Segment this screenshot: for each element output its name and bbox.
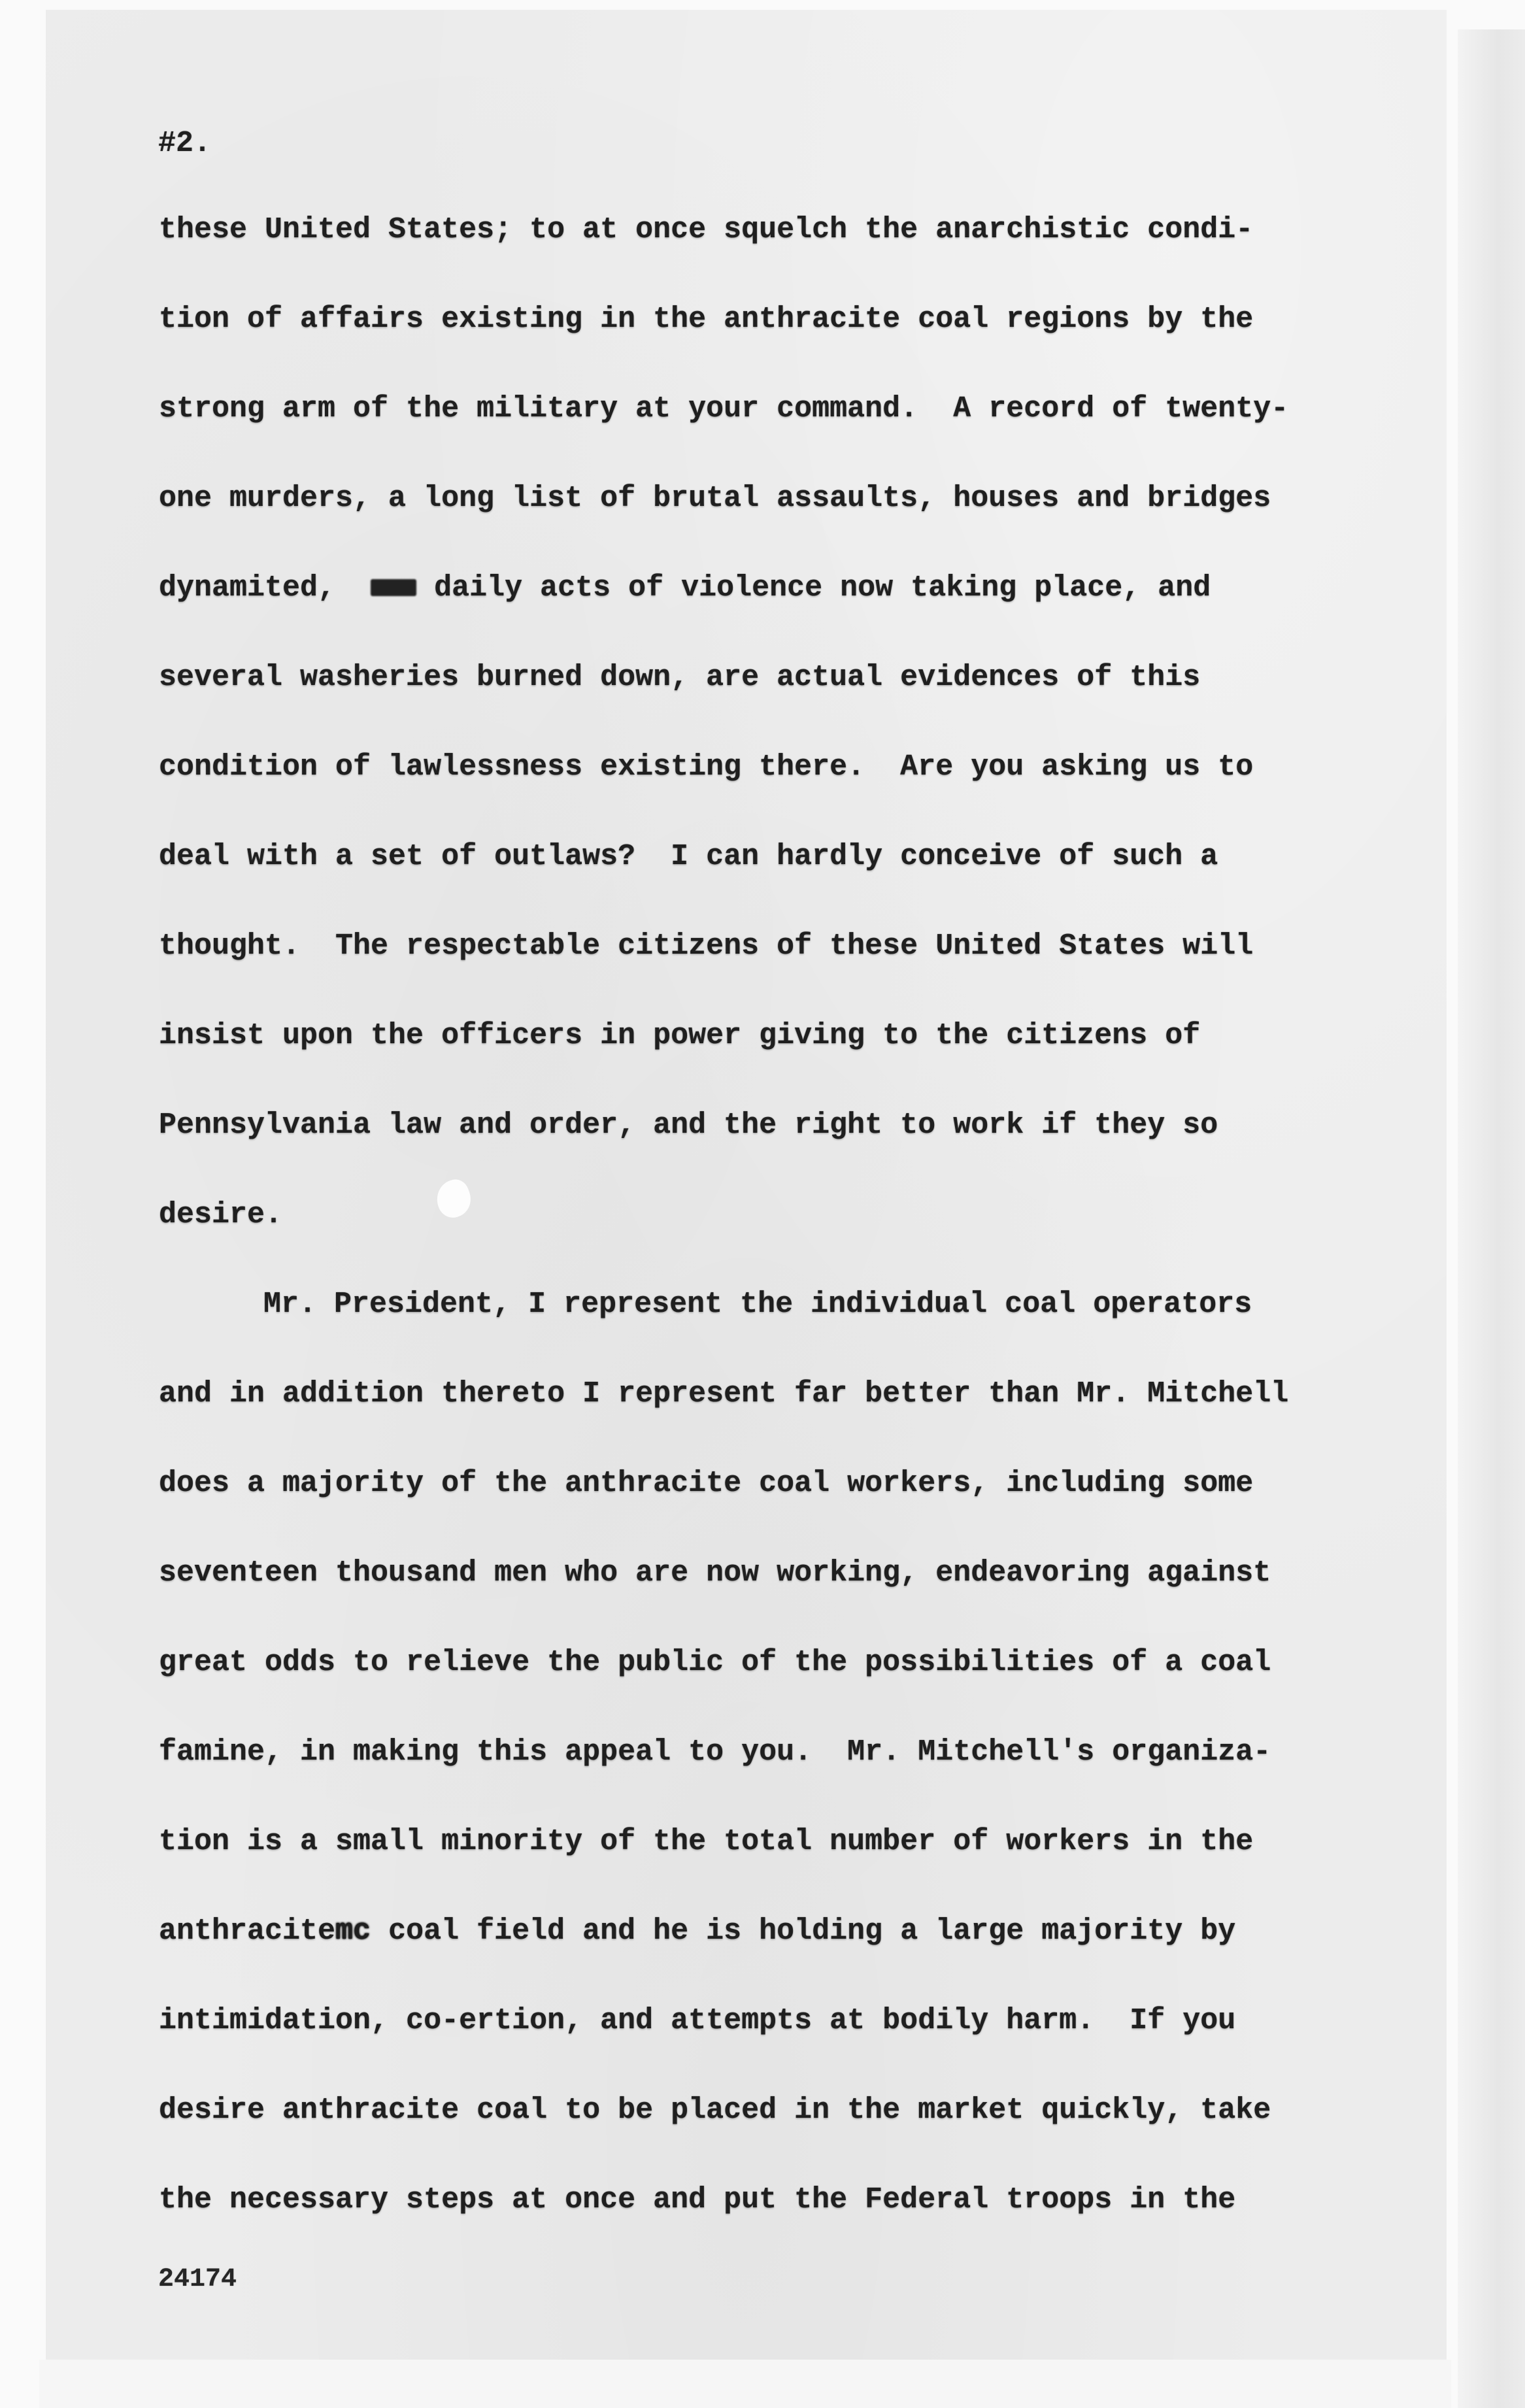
document-reference-number: 24174 (158, 2267, 237, 2293)
text-line: tion is a small minority of the total nu… (159, 1826, 1253, 1858)
text-line-with-overstrike: anthracitemc coal field and he is holdin… (159, 1915, 1235, 1948)
text-fragment: anthracite (159, 1915, 335, 1948)
text-line: intimidation, co-ertion, and attempts at… (159, 2005, 1235, 2037)
text-line-indented: Mr. President, I represent the individua… (263, 1288, 1252, 1321)
text-line: and in addition thereto I represent far … (159, 1378, 1288, 1411)
text-line: the necessary steps at once and put the … (159, 2184, 1235, 2216)
text-line: these United States; to at once squelch … (159, 214, 1253, 246)
text-line: several washeries burned down, are actua… (159, 661, 1200, 694)
struck-out-word (371, 579, 416, 596)
text-line: does a majority of the anthracite coal w… (159, 1467, 1253, 1500)
text-line: desire. (159, 1199, 282, 1231)
text-line: desire anthracite coal to be placed in t… (159, 2094, 1271, 2127)
text-line: tion of affairs existing in the anthraci… (159, 303, 1253, 336)
text-line: condition of lawlessness existing there.… (159, 751, 1253, 784)
text-fragment: coal field and he is holding a large maj… (371, 1915, 1235, 1948)
text-line: thought. The respectable citizens of the… (159, 930, 1253, 963)
text-line: strong arm of the military at your comma… (159, 393, 1288, 426)
text-line: famine, in making this appeal to you. Mr… (159, 1736, 1271, 1769)
text-fragment: dynamited, (159, 571, 371, 605)
page-number-marker: #2. (158, 127, 211, 160)
text-line: seventeen thousand men who are now worki… (159, 1557, 1271, 1590)
scan-bottom-margin (39, 2360, 1451, 2408)
text-line: Pennsylvania law and order, and the righ… (159, 1109, 1218, 1142)
text-line: insist upon the officers in power giving… (159, 1020, 1200, 1052)
text-line: deal with a set of outlaws? I can hardly… (159, 841, 1218, 873)
text-line: one murders, a long list of brutal assau… (159, 482, 1271, 515)
text-line: great odds to relieve the public of the … (159, 1647, 1271, 1679)
text-line-with-strikeout: dynamited, daily acts of violence now ta… (159, 572, 1211, 605)
scan-edge-shadow (1458, 29, 1525, 2408)
overstruck-fragment: mc (335, 1915, 371, 1948)
text-fragment: daily acts of violence now taking place,… (416, 571, 1211, 605)
